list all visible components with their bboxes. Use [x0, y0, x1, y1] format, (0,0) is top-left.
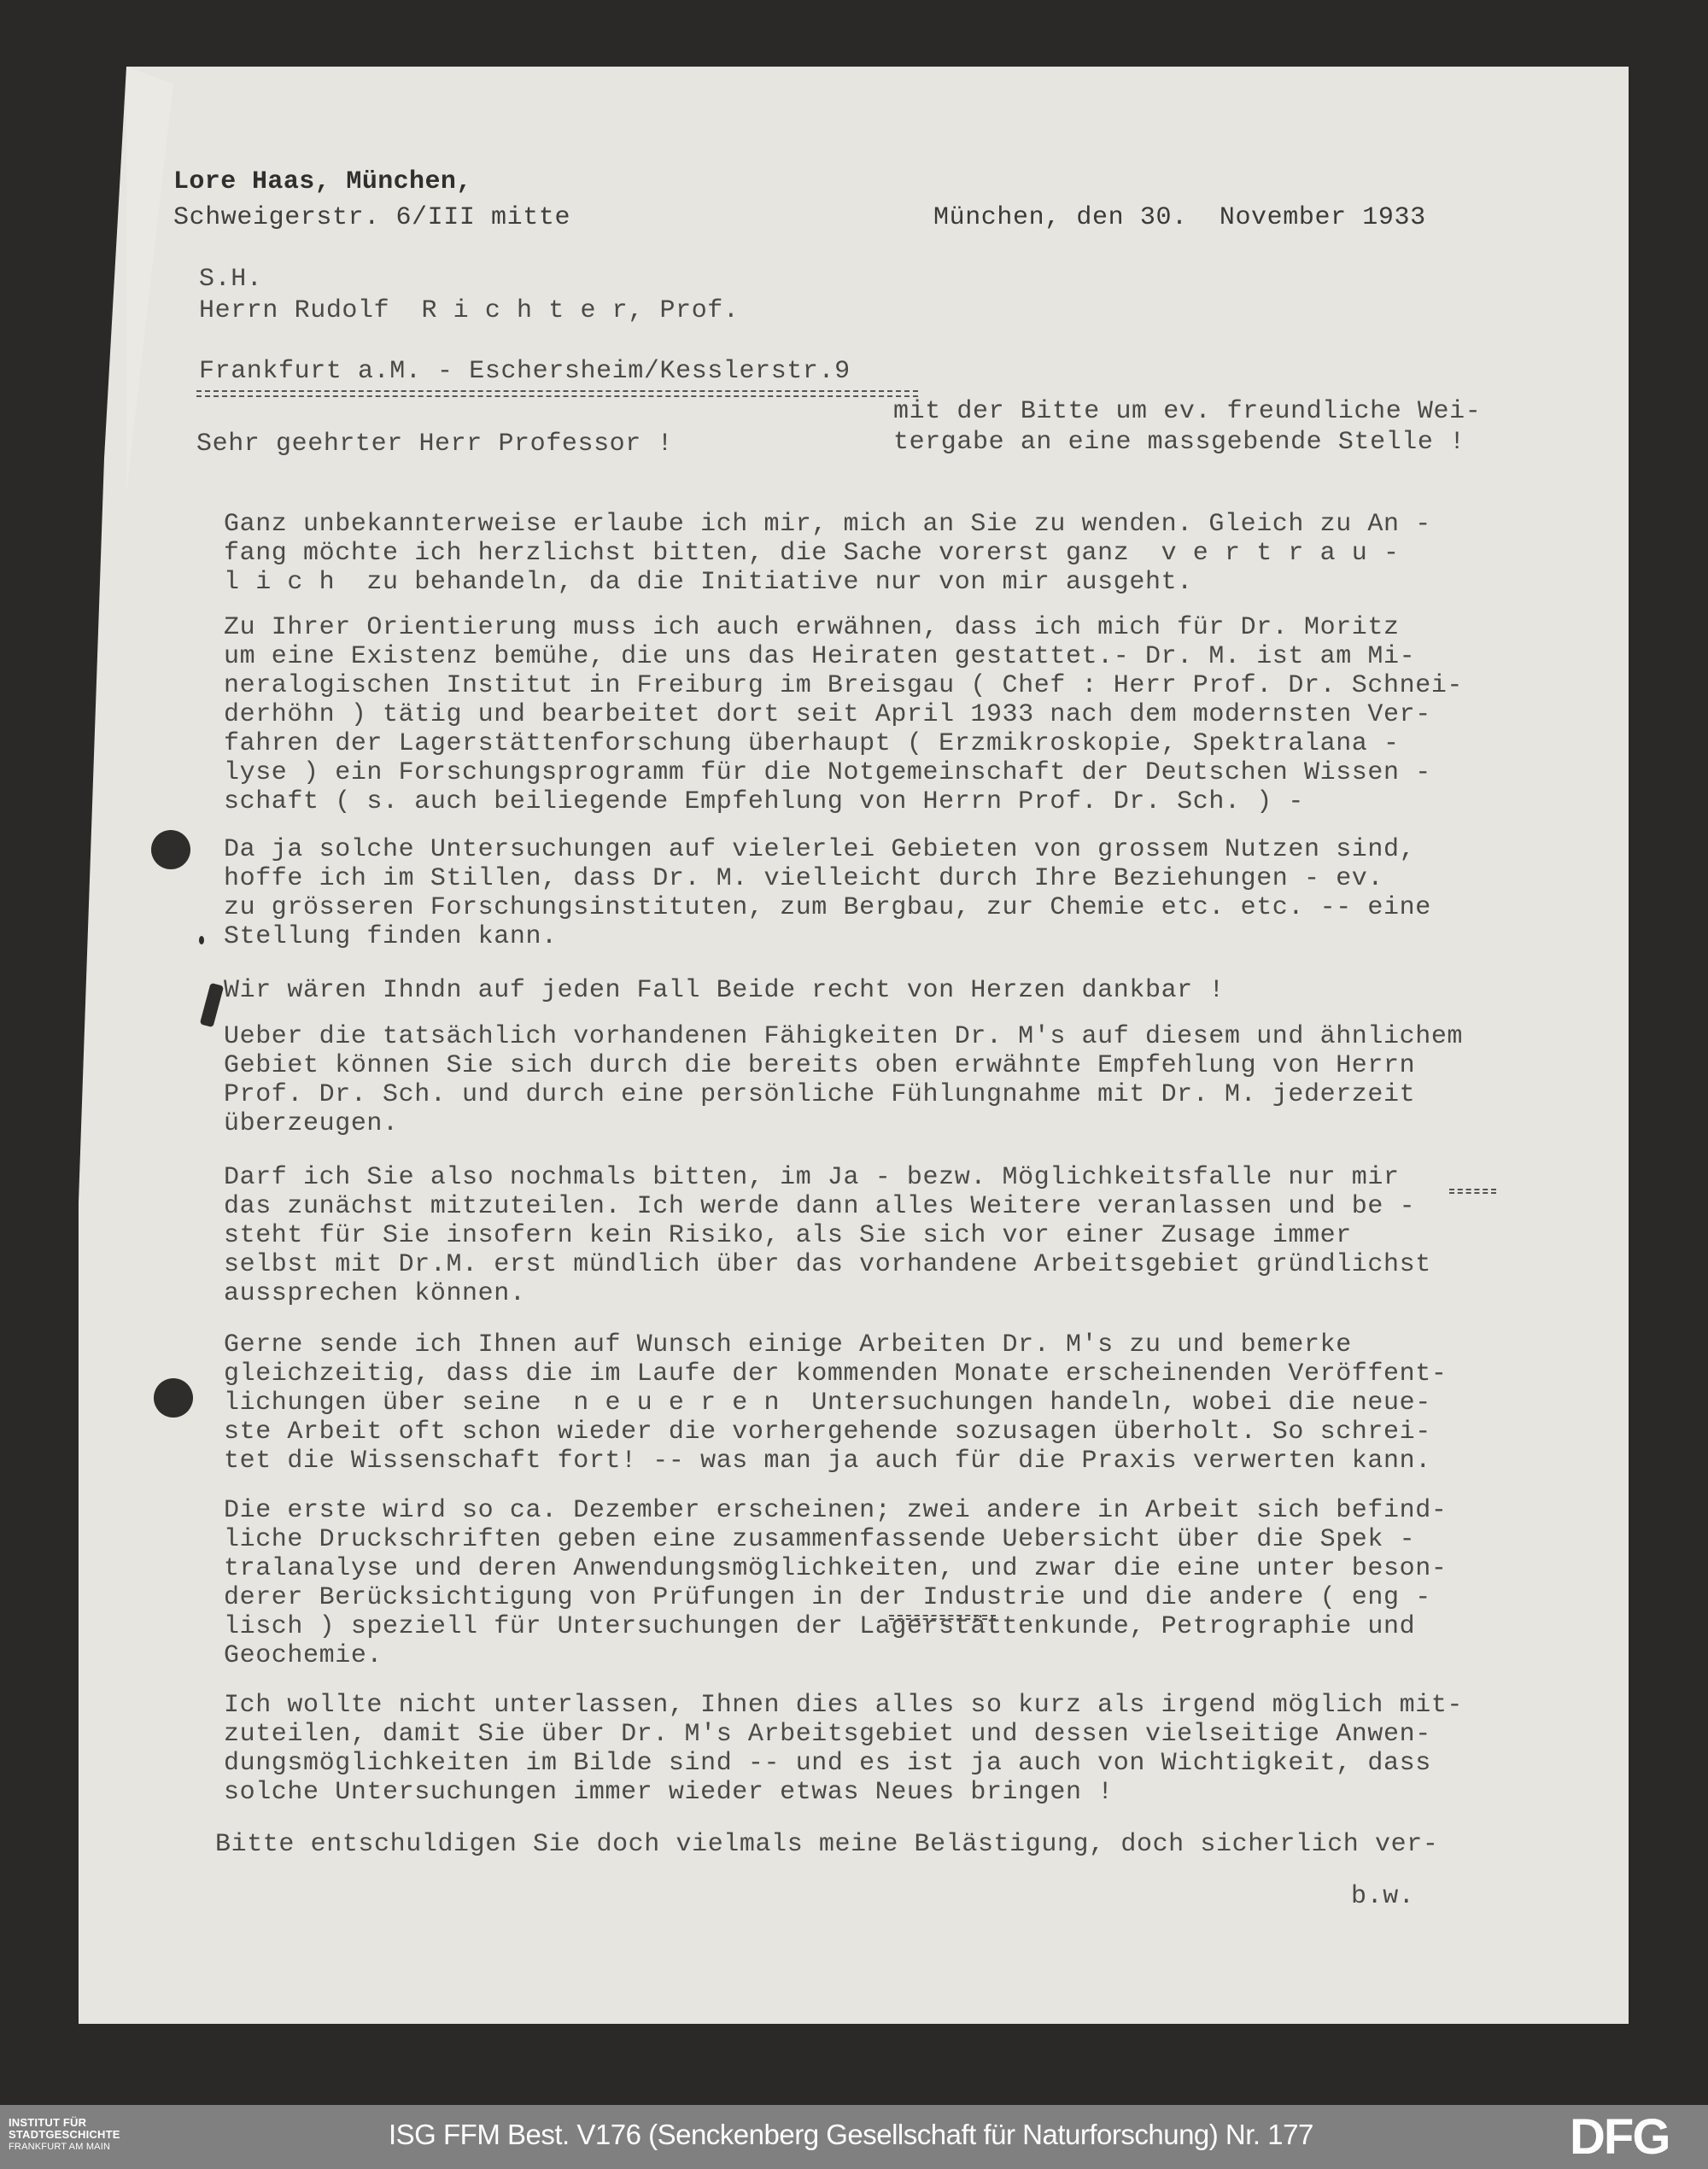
body-line: zu grösseren Forschungsinstituten, zum B…: [224, 893, 1431, 922]
body-line: zuteilen, damit Sie über Dr. M's Arbeits…: [224, 1720, 1431, 1749]
body-line: tet die Wissenschaft fort! -- was man ja…: [224, 1447, 1431, 1476]
body-line: neralogischen Institut in Freiburg im Br…: [224, 671, 1463, 700]
body-line: derhöhn ) tätig und bearbeitet dort seit…: [224, 700, 1431, 729]
body-line: das zunächst mitzuteilen. Ich werde dann…: [224, 1192, 1415, 1221]
body-line: dungsmöglichkeiten im Bilde sind -- und …: [224, 1749, 1431, 1778]
forward-note-line1: mit der Bitte um ev. freundliche Wei-: [893, 397, 1481, 426]
archive-footer: INSTITUT FÜR STADTGESCHICHTE FRANKFURT A…: [0, 2105, 1708, 2169]
forward-note-line2: tergabe an eine massgebende Stelle !: [893, 428, 1465, 457]
recipient-address: Frankfurt a.M. - Eschersheim/Kesslerstr.…: [199, 357, 851, 386]
date-line: München, den 30. November 1933: [933, 203, 1426, 232]
address-underline: [196, 390, 918, 397]
body-line: hoffe ich im Stillen, dass Dr. M. vielle…: [224, 864, 1383, 893]
body-line: Bitte entschuldigen Sie doch vielmals me…: [215, 1830, 1438, 1859]
body-line: Gerne sende ich Ihnen auf Wunsch einige …: [224, 1330, 1352, 1359]
body-line: Gebiet können Sie sich durch die bereits…: [224, 1051, 1415, 1080]
body-line: Prof. Dr. Sch. und durch eine persönlich…: [224, 1080, 1415, 1109]
body-line: ste Arbeit oft schon wieder die vorherge…: [224, 1418, 1431, 1447]
body-line: steht für Sie insofern kein Risiko, als …: [224, 1221, 1352, 1250]
salutation: Sehr geehrter Herr Professor !: [196, 430, 673, 459]
body-line: schaft ( s. auch beiliegende Empfehlung …: [224, 787, 1304, 816]
body-line: Wir wären Ihndn auf jeden Fall Beide rec…: [224, 976, 1225, 1005]
body-line: liche Druckschriften geben eine zusammen…: [224, 1525, 1415, 1554]
institution-line: FRANKFURT AM MAIN: [9, 2141, 120, 2153]
body-line: lyse ) ein Forschungsprogramm für die No…: [224, 758, 1431, 787]
body-line: lisch ) speziell für Untersuchungen der …: [224, 1612, 1415, 1641]
punch-hole-icon: [154, 1378, 193, 1418]
body-line: l i c h zu behandeln, da die Initiative …: [224, 568, 1193, 597]
body-line: tralanalyse und deren Anwendungsmöglichk…: [224, 1554, 1447, 1583]
body-line: gleichzeitig, dass die im Laufe der komm…: [224, 1359, 1447, 1389]
recipient-name: Herrn Rudolf R i c h t e r, Prof.: [199, 296, 740, 325]
body-line: lichungen über seine n e u e r e n Unter…: [224, 1389, 1431, 1418]
body-line: um eine Existenz bemühe, die uns das Hei…: [224, 642, 1415, 671]
underline-nur: [1449, 1189, 1496, 1194]
sender-address: Schweigerstr. 6/III mitte: [173, 203, 570, 232]
dfg-logo-icon: DFG: [1570, 2112, 1669, 2163]
page-turn-note: b.w.: [1351, 1882, 1414, 1911]
institution-logo: INSTITUT FÜR STADTGESCHICHTE FRANKFURT A…: [9, 2117, 120, 2153]
institution-line: STADTGESCHICHTE: [9, 2129, 120, 2141]
body-line: Die erste wird so ca. Dezember erscheine…: [224, 1496, 1447, 1525]
recipient-prefix: S.H.: [199, 265, 262, 294]
body-line: Ueber die tatsächlich vorhandenen Fähigk…: [224, 1022, 1463, 1051]
sender-name: Lore Haas, München,: [173, 167, 472, 196]
body-line: Ganz unbekannterweise erlaube ich mir, m…: [224, 510, 1431, 539]
body-line: überzeugen.: [224, 1109, 399, 1138]
body-line: fang möchte ich herzlichst bitten, die S…: [224, 539, 1400, 568]
tear-mark-icon: [199, 936, 204, 944]
body-line: selbst mit Dr.M. erst mündlich über das …: [224, 1250, 1431, 1279]
body-line: fahren der Lagerstättenforschung überhau…: [224, 729, 1400, 758]
archive-citation: ISG FFM Best. V176 (Senckenberg Gesellsc…: [389, 2119, 1313, 2151]
body-line: Stellung finden kann.: [224, 922, 558, 951]
body-line: solche Untersuchungen immer wieder etwas…: [224, 1778, 1114, 1807]
body-line: Geochemie.: [224, 1641, 383, 1670]
body-line: derer Berücksichtigung von Prüfungen in …: [224, 1583, 1431, 1612]
body-line: aussprechen können.: [224, 1279, 525, 1308]
body-line: Da ja solche Untersuchungen auf vielerle…: [224, 835, 1415, 864]
body-line: Zu Ihrer Orientierung muss ich auch erwä…: [224, 613, 1400, 642]
institution-line: INSTITUT FÜR: [9, 2117, 120, 2129]
body-line: Ich wollte nicht unterlassen, Ihnen dies…: [224, 1691, 1463, 1720]
punch-hole-icon: [151, 830, 190, 869]
body-line: Darf ich Sie also nochmals bitten, im Ja…: [224, 1163, 1400, 1192]
